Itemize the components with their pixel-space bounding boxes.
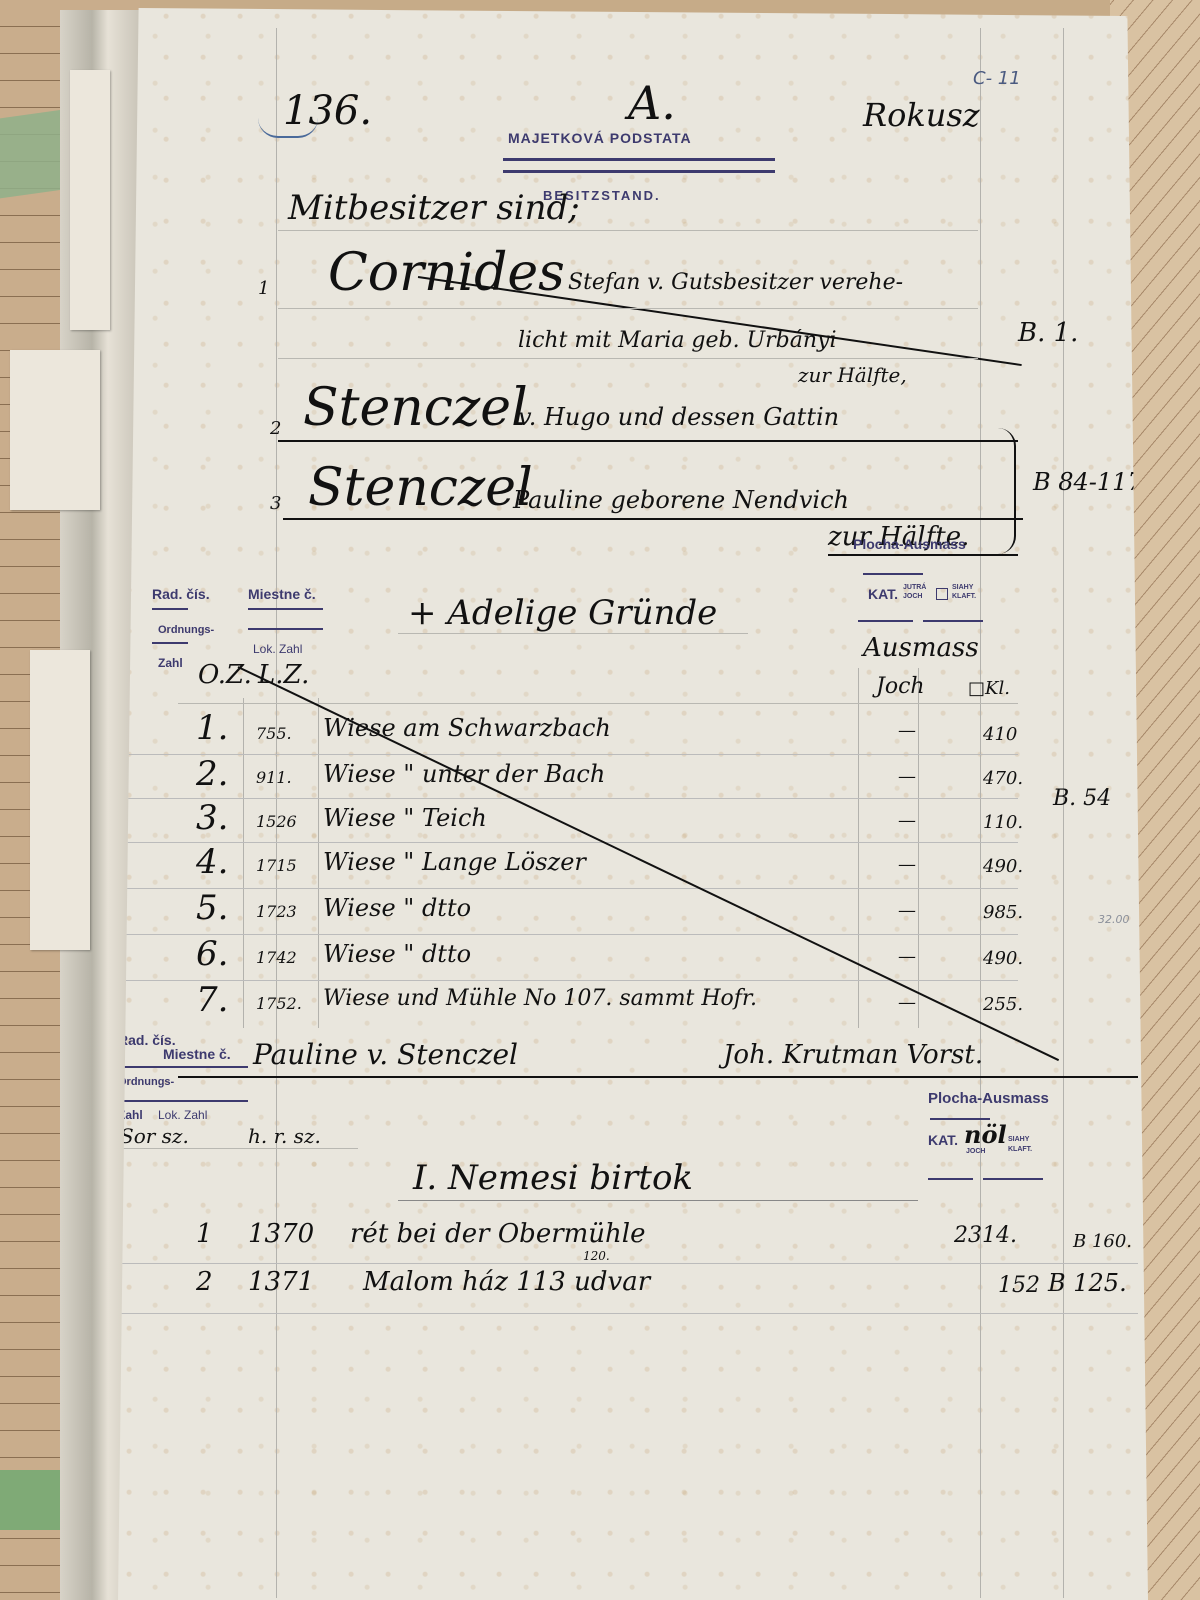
owners-bracket-ref: B 84-117 bbox=[1033, 468, 1143, 496]
stamp-lok-zahl: Lok. Zahl bbox=[253, 642, 302, 656]
cell-ref: B 160. bbox=[1073, 1231, 1132, 1252]
cell-overwrite: 120. bbox=[583, 1249, 610, 1263]
stamp-rule bbox=[118, 1066, 248, 1068]
cell-oz: 4. bbox=[196, 842, 228, 882]
cell-hrsz: 1371 bbox=[248, 1267, 314, 1297]
section1-ref: B. 54 bbox=[1053, 786, 1111, 811]
stamp-klaft: KLAFT. bbox=[1008, 1146, 1032, 1153]
stamp-lok-zahl: Lok. Zahl bbox=[158, 1108, 207, 1122]
underline bbox=[178, 1076, 1138, 1078]
cell-oz: 5. bbox=[196, 888, 228, 928]
stamp-square-icon bbox=[936, 588, 948, 600]
section2-title: I. Nemesi birtok bbox=[413, 1158, 693, 1198]
owner-number: 2 bbox=[270, 418, 281, 439]
cell-lz: 911. bbox=[256, 768, 292, 787]
cell-klafter: 410 bbox=[983, 724, 1017, 745]
stamp-siahy: SIAHY bbox=[952, 584, 973, 591]
stamp-rule bbox=[503, 170, 775, 173]
owner-text: v. Hugo und dessen Gattin bbox=[518, 403, 839, 431]
stamp-rule bbox=[503, 158, 775, 161]
stamp-kat: KAT. bbox=[868, 586, 898, 602]
table-row: 4. 1715 Wiese " Lange Löszer — 490. bbox=[118, 842, 1018, 889]
cell-klafter: 985. bbox=[983, 902, 1023, 923]
ruled-line bbox=[278, 230, 978, 231]
cell-lz: 1752. bbox=[256, 994, 302, 1013]
cell-lz: 1742 bbox=[256, 948, 297, 967]
stamp-joch: JOCH bbox=[903, 593, 922, 600]
stamp-plocha-ausmass: Plocha-Ausmass bbox=[853, 536, 966, 552]
cell-lz: 1526 bbox=[256, 812, 297, 831]
stamp-rule bbox=[863, 573, 923, 575]
cell-klafter: 490. bbox=[983, 948, 1023, 969]
cell-joch: — bbox=[898, 810, 916, 831]
col-hrsz: h. r. sz. bbox=[248, 1124, 321, 1148]
paper-tear bbox=[10, 350, 100, 510]
underline bbox=[828, 554, 1018, 556]
cell-hrsz: 1370 bbox=[248, 1219, 314, 1249]
stamp-ordnungs: Ordnungs- bbox=[158, 624, 214, 636]
stamp-rule bbox=[152, 642, 188, 644]
table-row: 1. 755. Wiese am Schwarzbach — 410 bbox=[118, 708, 1018, 755]
owner-line-left: Pauline v. Stenczel bbox=[253, 1038, 518, 1071]
cell-description: Wiese und Mühle No 107. sammt Hofr. bbox=[323, 986, 757, 1011]
cell-description: Wiese " Teich bbox=[323, 804, 487, 832]
stamp-joch: JOCH bbox=[966, 1148, 985, 1155]
stamp-rule bbox=[983, 1178, 1043, 1180]
owner-text: Pauline geborene Nendvich bbox=[513, 486, 849, 514]
stamp-rule bbox=[248, 628, 323, 630]
cell-oz: 7. bbox=[196, 980, 228, 1020]
stamp-rad-cis: Rad. čís. bbox=[152, 586, 210, 602]
area-joch-header: Joch bbox=[876, 674, 925, 699]
stamp-rule bbox=[923, 620, 983, 622]
stamp-siahy: SIAHY bbox=[1008, 1136, 1029, 1143]
folio-circle-mark bbox=[258, 118, 318, 138]
cell-area: 2314. bbox=[954, 1223, 1017, 1248]
owner-text: Stefan v. Gutsbesitzer verehe- bbox=[568, 270, 903, 295]
stamp-majetkova-podstata: MAJETKOVÁ PODSTATA bbox=[508, 130, 692, 146]
stamp-miestne-cis: Miestne č. bbox=[248, 586, 316, 602]
owner-surname: Stenczel bbox=[308, 458, 533, 518]
stamp-rule bbox=[248, 608, 323, 610]
table-row: 5. 1723 Wiese " dtto — 985. bbox=[118, 888, 1018, 935]
ruled-line bbox=[178, 703, 1018, 704]
table-row: 2. 911. Wiese " unter der Bach — 470. bbox=[118, 754, 1018, 799]
table-row: 2 1371 Malom ház 113 udvar 120. 152 B 12… bbox=[118, 1263, 1138, 1314]
table-row: 1 1370 rét bei der Obermühle 2314. B 160… bbox=[118, 1213, 1138, 1264]
cell-klafter: 255. bbox=[983, 994, 1023, 1015]
cell-klafter: 110. bbox=[983, 812, 1023, 833]
owner-line-right: Joh. Krutman Vorst. bbox=[723, 1040, 983, 1070]
cell-description: Wiese " Lange Löszer bbox=[323, 848, 586, 876]
stamp-miestne-cis: Miestne č. bbox=[163, 1046, 231, 1062]
cell-oz: 1. bbox=[196, 708, 228, 748]
sheet-letter: A. bbox=[628, 76, 676, 130]
cell-lz: 1715 bbox=[256, 856, 297, 875]
owner-number: 3 bbox=[270, 493, 281, 514]
cell-oz: 6. bbox=[196, 934, 228, 974]
section-intro: Mitbesitzer sind; bbox=[288, 188, 580, 228]
owner-ref: B. 1. bbox=[1018, 318, 1078, 348]
cell-lz: 755. bbox=[256, 724, 292, 743]
underline bbox=[278, 440, 1018, 442]
underline bbox=[283, 518, 1023, 520]
cell-lz: 1723 bbox=[256, 902, 297, 921]
stamp-plocha-ausmass: Plocha-Ausmass bbox=[928, 1090, 1049, 1107]
cell-no: 1 bbox=[196, 1219, 213, 1249]
cell-description: Malom ház 113 udvar bbox=[363, 1267, 650, 1297]
cell-description: Wiese " dtto bbox=[323, 940, 471, 968]
owner-number: 1 bbox=[258, 278, 269, 299]
ledger-page: 136. A. Rokusz C- 11 MAJETKOVÁ PODSTATA … bbox=[118, 8, 1148, 1600]
cell-area: 152 bbox=[998, 1273, 1040, 1298]
section1-title: + Adelige Gründe bbox=[408, 593, 717, 633]
stamp-ordnungs: Ordnungs- bbox=[118, 1076, 174, 1088]
cell-oz: 3. bbox=[196, 798, 228, 838]
stamp-joch-value: nöl bbox=[964, 1120, 1007, 1149]
cell-klafter: 470. bbox=[983, 768, 1023, 789]
stamp-jutra: JUTRÁ bbox=[903, 584, 926, 591]
stamp-rule bbox=[858, 620, 913, 622]
cell-oz: 2. bbox=[196, 754, 228, 794]
stamp-rule bbox=[928, 1178, 973, 1180]
pencil-note: 32.00 bbox=[1098, 913, 1130, 926]
owner-share: zur Hälfte, bbox=[798, 363, 907, 387]
cell-description: Wiese " dtto bbox=[323, 894, 471, 922]
stamp-zahl: Zahl bbox=[158, 656, 183, 670]
col-lz: L.Z. bbox=[258, 660, 309, 690]
cell-joch: — bbox=[898, 946, 916, 967]
ruled-line bbox=[398, 633, 748, 634]
cell-joch: — bbox=[898, 854, 916, 875]
cell-joch: — bbox=[898, 720, 916, 741]
cell-no: 2 bbox=[196, 1267, 213, 1297]
owner-surname: Stenczel bbox=[303, 378, 528, 438]
stamp-klaft: KLAFT. bbox=[952, 593, 976, 600]
col-sor-sz: Sor sz. bbox=[120, 1124, 189, 1148]
ruled-line bbox=[278, 358, 978, 359]
cell-joch: — bbox=[898, 766, 916, 787]
area-header: Ausmass bbox=[863, 633, 979, 663]
ruled-line bbox=[118, 1148, 358, 1149]
cell-description: rét bei der Obermühle bbox=[350, 1219, 645, 1249]
cell-klafter: 490. bbox=[983, 856, 1023, 877]
municipality-name: Rokusz bbox=[863, 96, 980, 134]
right-column-rule bbox=[1063, 28, 1064, 1598]
ruled-line bbox=[398, 1200, 918, 1201]
stamp-rule bbox=[152, 608, 188, 610]
owners-bracket bbox=[998, 428, 1016, 554]
paper-tear bbox=[30, 650, 90, 950]
ruled-line bbox=[278, 308, 978, 309]
table-row: 3. 1526 Wiese " Teich — 110. bbox=[118, 798, 1018, 843]
pencil-note-top: C- 11 bbox=[973, 68, 1021, 89]
cell-joch: — bbox=[898, 900, 916, 921]
stamp-kat: KAT. bbox=[928, 1132, 958, 1148]
area-klafter-header: □Kl. bbox=[968, 678, 1010, 699]
table-row: 7. 1752. Wiese und Mühle No 107. sammt H… bbox=[118, 980, 1018, 1026]
paper-tear bbox=[70, 70, 110, 330]
col-oz: O.Z. bbox=[198, 660, 252, 690]
cell-joch: — bbox=[898, 992, 916, 1013]
cell-ref: B 125. bbox=[1048, 1269, 1127, 1297]
stamp-rule bbox=[118, 1100, 248, 1102]
